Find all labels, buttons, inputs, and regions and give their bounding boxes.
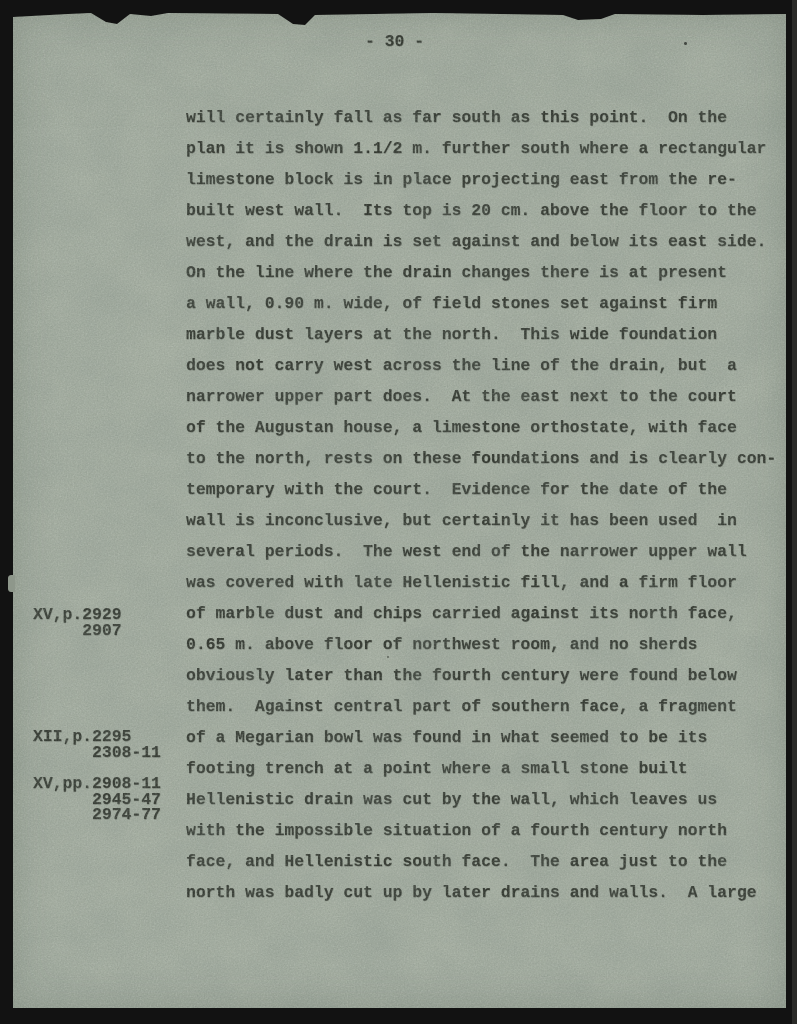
paper: - 30 - XV,p.2929 2907 XII,p.2295 2308-11… (13, 12, 786, 1008)
text-line: 0.65 m. above floor of northwest room, a… (186, 629, 776, 660)
text-line: marble dust layers at the north. This wi… (186, 319, 776, 350)
text-line: a wall, 0.90 m. wide, of field stones se… (186, 288, 776, 319)
text-line: north was badly cut up by later drains a… (186, 877, 776, 908)
text-line: built west wall. Its top is 20 cm. above… (186, 195, 776, 226)
text-line: them. Against central part of southern f… (186, 691, 776, 722)
text-line: limestone block is in place projecting e… (186, 164, 776, 195)
text-line: narrower upper part does. At the east ne… (186, 381, 776, 412)
text-line: footing trench at a point where a small … (186, 753, 776, 784)
paper-speck (387, 656, 389, 658)
text-line: temporary with the court. Evidence for t… (186, 474, 776, 505)
text-line: plan it is shown 1.1/2 m. further south … (186, 133, 776, 164)
text-line: will certainly fall as far south as this… (186, 102, 776, 133)
text-line: wall is inconclusive, but certainly it h… (186, 505, 776, 536)
text-line: of the Augustan house, a limestone ortho… (186, 412, 776, 443)
paper-speck (684, 42, 687, 45)
margin-note-reference-2: XII,p.2295 2308-11 (33, 729, 161, 760)
text-line: Hellenistic drain was cut by the wall, w… (186, 784, 776, 815)
body-text: will certainly fall as far south as this… (186, 102, 776, 908)
text-line: to the north, rests on these foundations… (186, 443, 776, 474)
paper-edge-flap (8, 575, 15, 592)
scanner-edge-strip (792, 0, 797, 1024)
page-number: - 30 - (13, 26, 776, 57)
margin-note-reference-3: XV,pp.2908-11 2945-47 2974-77 (33, 776, 161, 823)
text-line: several periods. The west end of the nar… (186, 536, 776, 567)
text-line: west, and the drain is set against and b… (186, 226, 776, 257)
text-line: with the impossible situation of a fourt… (186, 815, 776, 846)
margin-note-reference-1: XV,p.2929 2907 (33, 607, 122, 638)
text-line: of a Megarian bowl was found in what see… (186, 722, 776, 753)
text-line: obviously later than the fourth century … (186, 660, 776, 691)
text-line: face, and Hellenistic south face. The ar… (186, 846, 776, 877)
text-line: On the line where the drain changes ther… (186, 257, 776, 288)
text-line: of marble dust and chips carried against… (186, 598, 776, 629)
text-line: was covered with late Hellenistic fill, … (186, 567, 776, 598)
text-line: does not carry west across the line of t… (186, 350, 776, 381)
scan-background: - 30 - XV,p.2929 2907 XII,p.2295 2308-11… (0, 0, 797, 1024)
